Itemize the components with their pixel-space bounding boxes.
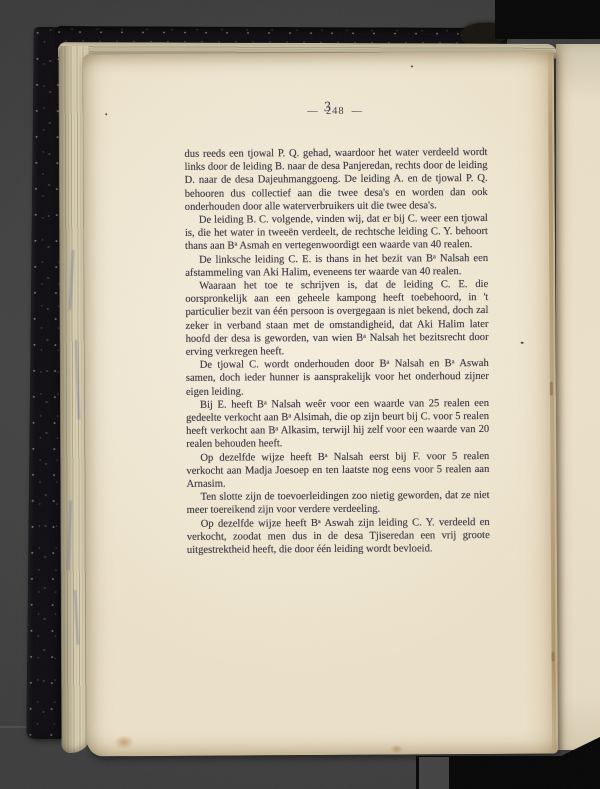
paragraph: Ten slotte zijn de toevoerleidingen zoo … — [187, 489, 490, 517]
paragraph: Op dezelfde wijze heeft Bᵃ Nalsah eerst … — [186, 450, 489, 491]
page-number-dash-right: — — [352, 106, 364, 117]
scanner-bed-strip — [419, 757, 449, 789]
paragraph: De linksche leiding C. E. is thans in he… — [185, 252, 488, 280]
paragraph: Op dezelfde wijze heeft Bᵃ Aswah zijn le… — [187, 516, 490, 557]
binding-stitch — [550, 382, 553, 396]
paragraph: Waaraan het toe te schrijven is, dat de … — [185, 278, 488, 359]
facing-page-sliver — [556, 44, 600, 750]
page-number-dash-left: — — [307, 106, 319, 117]
page-number: —2483— — [184, 105, 486, 118]
book-page: —2483— dus reeds een tjowal P. Q. gehad,… — [83, 52, 558, 757]
page-stain — [390, 745, 403, 754]
handwritten-page-correction: 3 — [323, 100, 332, 117]
page-speck — [521, 342, 524, 344]
paragraph: De tjowal C. wordt onderhouden door Bᵃ N… — [186, 357, 489, 398]
binding-gutter-crease — [548, 56, 556, 750]
text-block: dus reeds een tjowal P. Q. gehad, waardo… — [184, 146, 489, 557]
binding-stitch — [552, 652, 555, 662]
page-speck — [105, 113, 107, 115]
page-speck — [411, 65, 413, 67]
background-gap-top-right — [495, 0, 600, 39]
paragraph: De leiding B. C. volgende, vinden wij, d… — [185, 212, 488, 253]
paragraph: dus reeds een tjowal P. Q. gehad, waardo… — [184, 146, 487, 214]
page-stain — [114, 735, 134, 749]
paragraph: Bij E. heeft Bᵃ Nalsah weêr voor een waa… — [186, 397, 489, 452]
scanned-book-photo: —2483— dus reeds een tjowal P. Q. gehad,… — [0, 0, 600, 789]
